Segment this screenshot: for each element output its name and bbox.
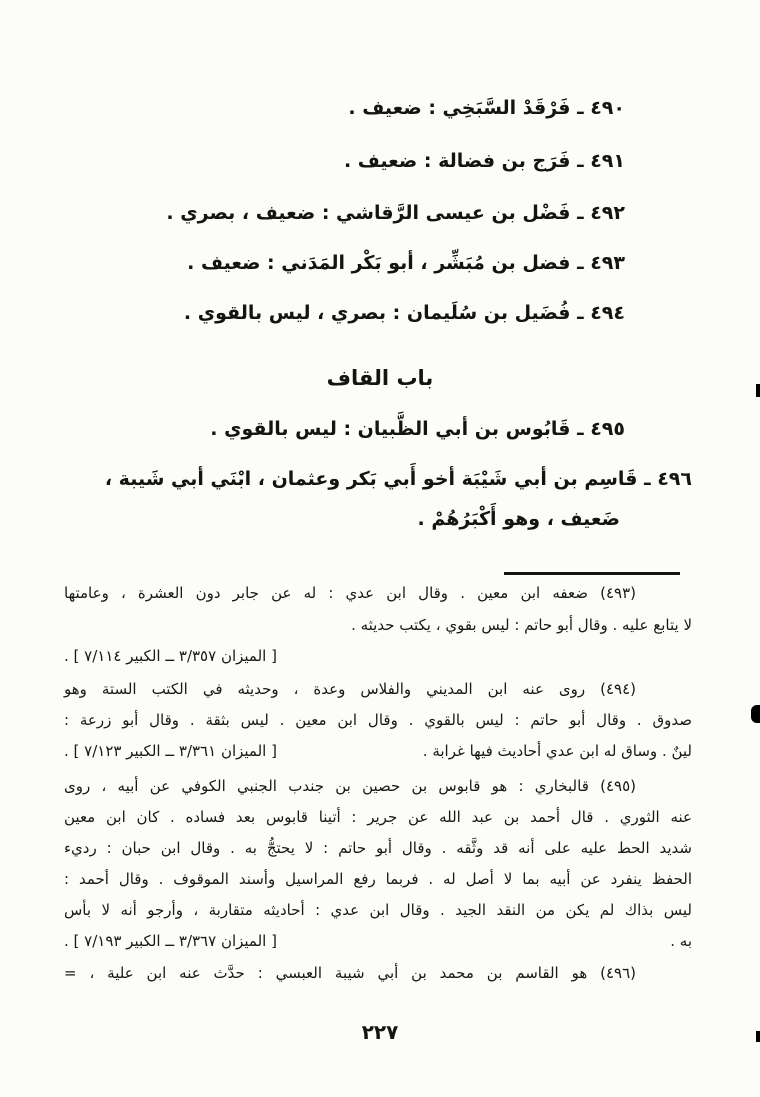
footnote-494-line1: (٤٩٤) روى عنه ابن المديني والفلاس وعدة ،…	[64, 679, 692, 699]
footnote-493-line1: (٤٩٣) ضعفه ابن معين . وقال ابن عدي : له …	[64, 583, 692, 603]
footnote-separator-rule	[504, 572, 680, 575]
entry-496-line1: ٤٩٦ ـ قَاسِم بن أبي شَيْبَة أخو أَبي بَك…	[60, 466, 692, 494]
footnote-495-line1: (٤٩٥) قالبخاري : هو قابوس بن حصين بن جند…	[64, 776, 692, 796]
footnote-494-line3: لينٌ . وساق له ابن عدي أحاديث فيها غرابة…	[64, 741, 692, 761]
entry-490: ٤٩٠ ـ فَرْقَدْ السَّبَخِي : ضعيف .	[348, 95, 625, 123]
footnote-495-line6-text: به .	[670, 931, 692, 951]
entry-493: ٤٩٣ ـ فضل بن مُبَشِّر ، أبو بَكْر المَدَ…	[187, 250, 625, 278]
section-heading-bab-alqaf: باب القاف	[0, 366, 760, 390]
entry-491: ٤٩١ ـ فَرَج بن فضالة : ضعيف .	[344, 148, 625, 176]
footnote-495-reference: [ الميزان ٣/٣٦٧ ــ الكبير ٧/١٩٣ ] .	[64, 931, 277, 951]
scan-mark-right-edge-3	[756, 1031, 760, 1042]
scan-mark-right-edge-1	[756, 384, 760, 397]
footnote-494-line3-text: لينٌ . وساق له ابن عدي أحاديث فيها غرابة…	[423, 741, 692, 761]
footnote-493-reference: [ الميزان ٣/٣٥٧ ــ الكبير ٧/١١٤ ] .	[64, 646, 692, 666]
footnote-496-line1: (٤٩٦) هو القاسم بن محمد بن أبي شيبة العب…	[64, 963, 692, 983]
entry-496-line2: ضَعيف ، وهو أَكْبَرُهُمْ .	[418, 506, 620, 534]
entry-492: ٤٩٢ ـ فَضْل بن عيسى الرَّقاشي : ضعيف ، ب…	[166, 200, 625, 228]
footnote-495-line4: الحفظ ينفرد عن أبيه بما لا أصل له . فربم…	[64, 869, 692, 889]
footnote-495-line6: به . [ الميزان ٣/٣٦٧ ــ الكبير ٧/١٩٣ ] .	[64, 931, 692, 951]
footnote-494-line2: صدوق . وقال أبو حاتم : ليس بالقوي . وقال…	[64, 710, 692, 730]
book-page: ٤٩٠ ـ فَرْقَدْ السَّبَخِي : ضعيف . ٤٩١ ـ…	[0, 0, 760, 1097]
scan-mark-right-edge-2	[751, 705, 760, 723]
footnote-495-line2: عنه الثوري . قال أحمد بن عبد الله عن جري…	[64, 807, 692, 827]
footnote-495-line3: شديد الحط عليه على أنه قد وثَّقه . وقال …	[64, 838, 692, 858]
footnote-494-reference: [ الميزان ٣/٣٦١ ــ الكبير ٧/١٢٣ ] .	[64, 741, 277, 761]
footnote-493-line2: لا يتابع عليه . وقال أبو حاتم : ليس بقوي…	[64, 615, 692, 635]
entry-494: ٤٩٤ ـ فُضَيل بن سُلَيمان : بصري ، ليس با…	[184, 300, 625, 328]
page-number: ٢٢٧	[0, 1020, 760, 1044]
entry-495: ٤٩٥ ـ قَابُوس بن أبي الظَّبيان : ليس بال…	[210, 416, 625, 444]
footnote-495-line5: ليس بذاك لم يكن من النقد الجيد . وقال اب…	[64, 900, 692, 920]
